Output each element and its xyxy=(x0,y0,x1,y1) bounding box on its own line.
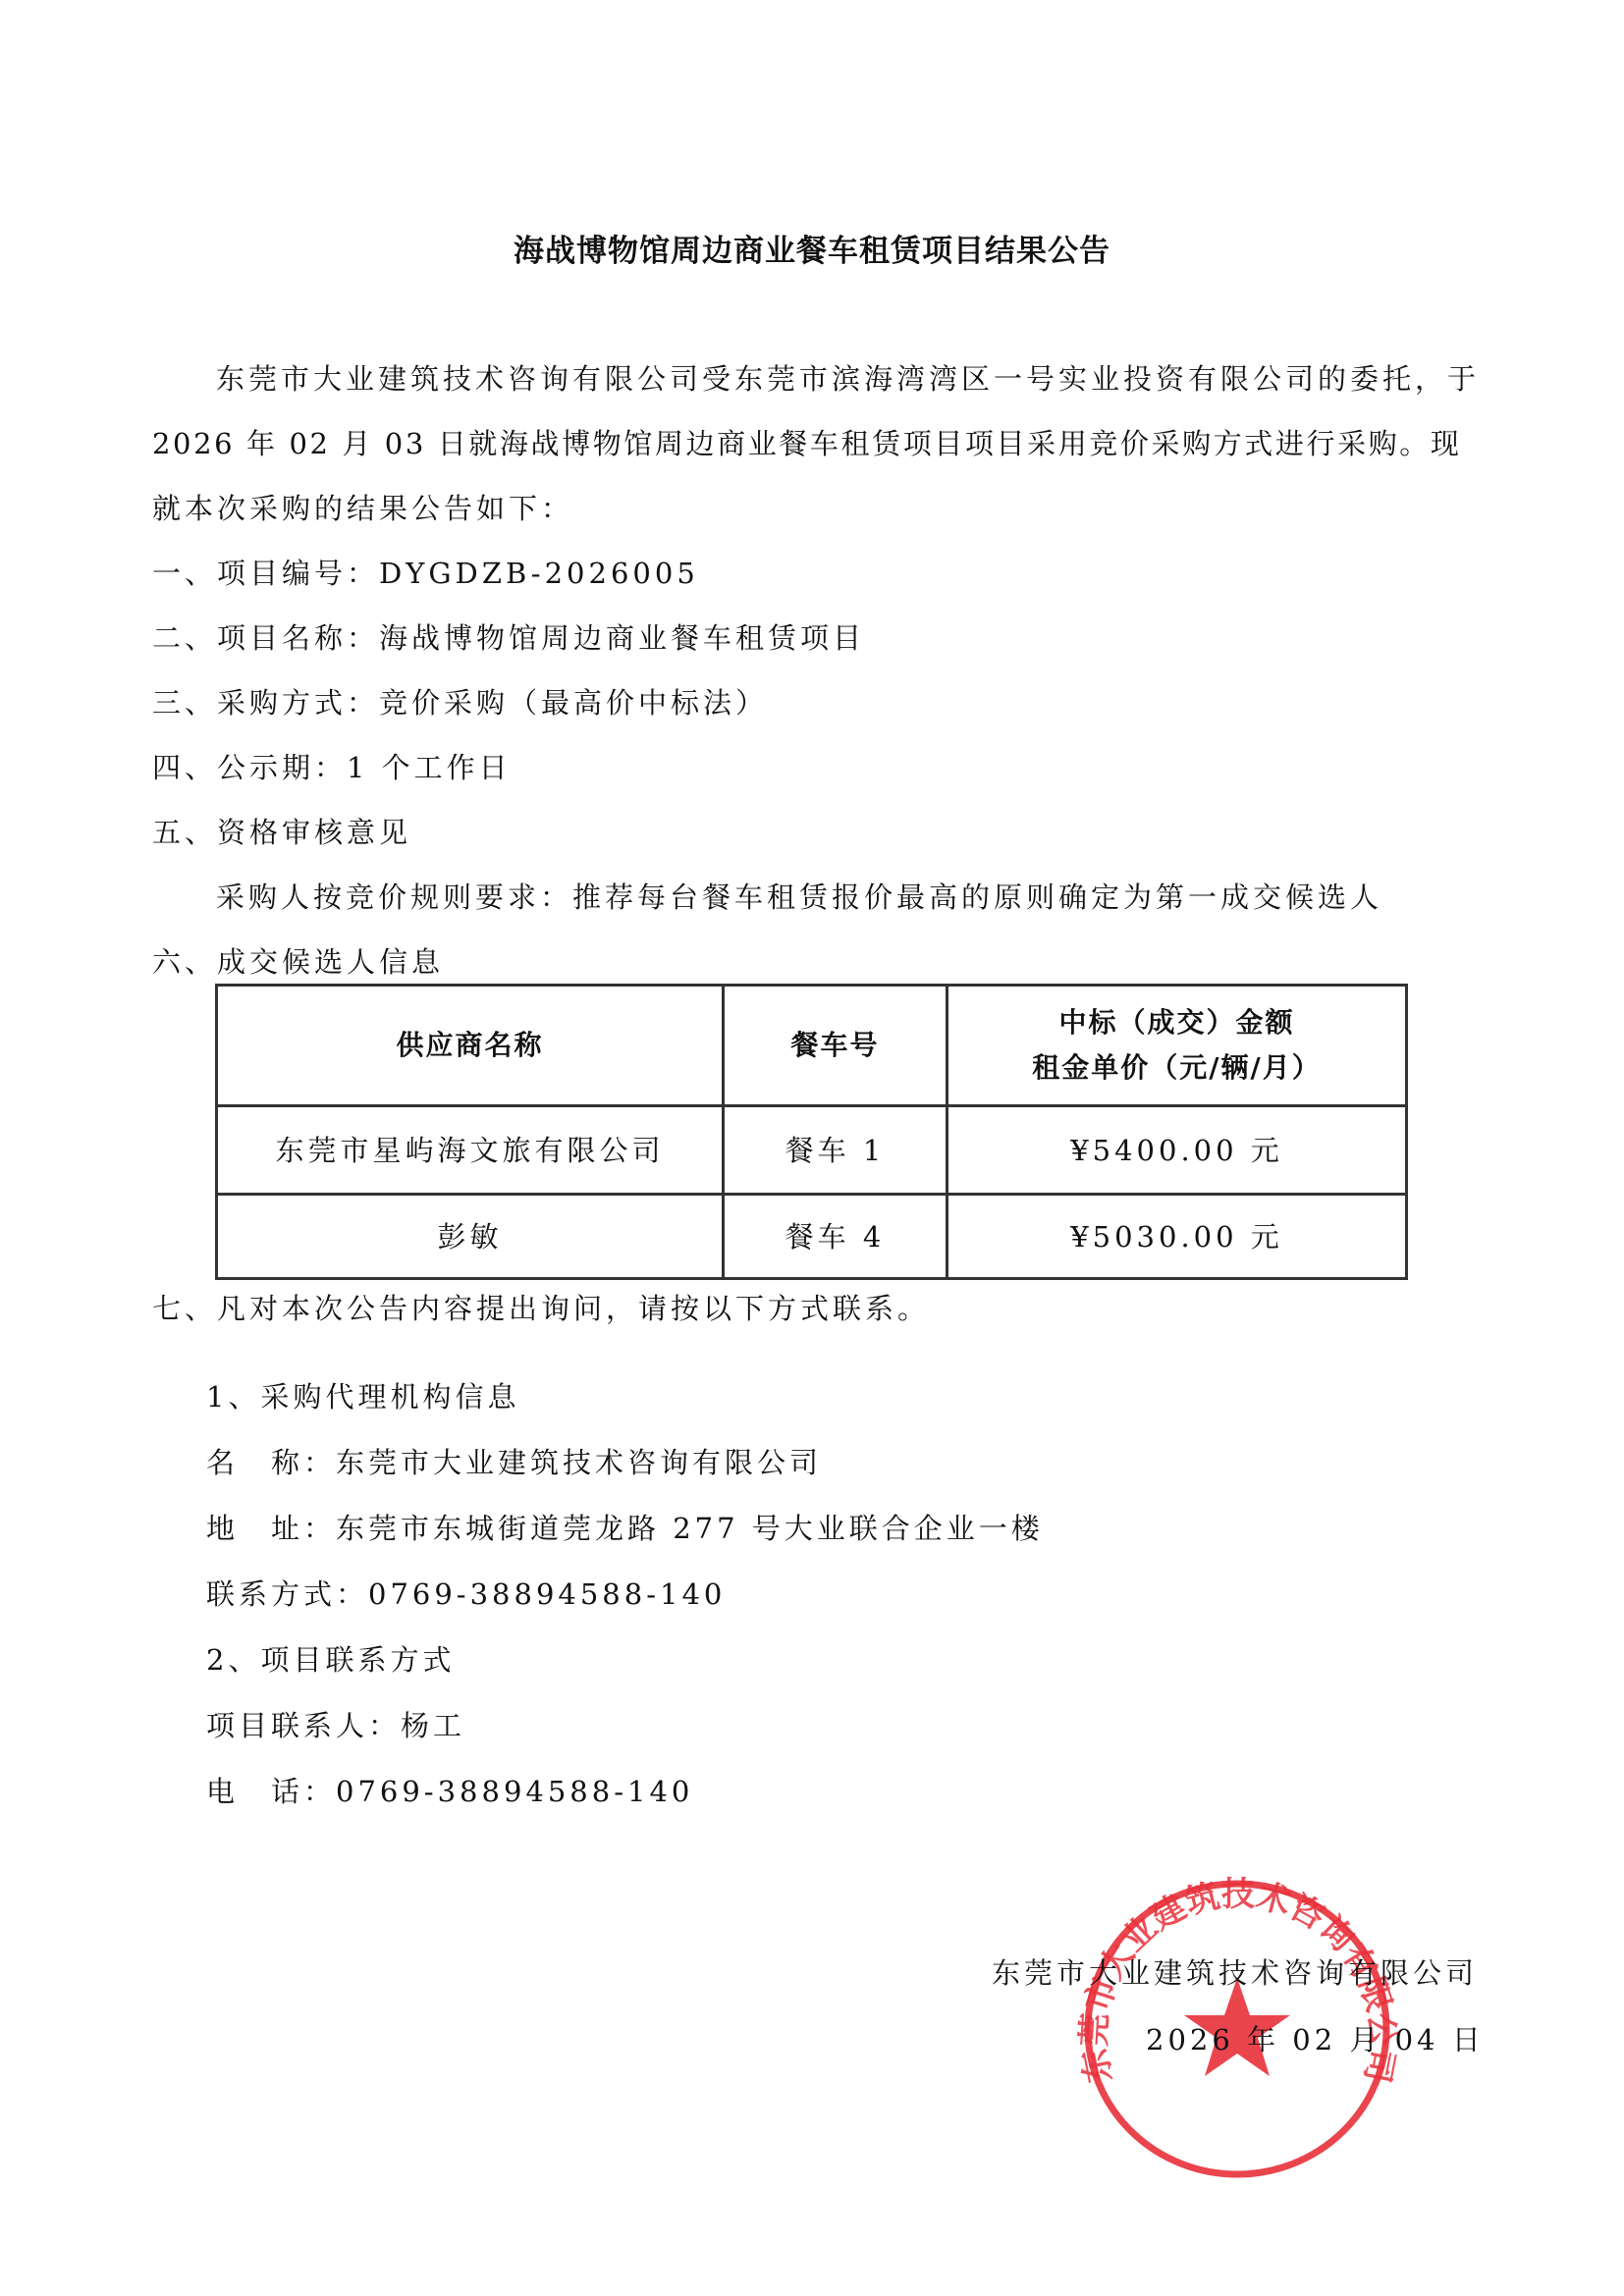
intro-line-3: 就本次采购的结果公告如下： xyxy=(152,489,573,528)
header-amount-line-2: 租金单价（元/辆/月） xyxy=(1032,1045,1321,1091)
table-row-1-amount: ¥5400.00 元 xyxy=(948,1107,1405,1193)
qualification-review-text: 采购人按竞价规则要求：推荐每台餐车租赁报价最高的原则确定为第一成交候选人 xyxy=(216,878,1382,917)
table-row-2-cart-no: 餐车 4 xyxy=(725,1196,946,1277)
section-contact: 七、凡对本次公告内容提出询问，请按以下方式联系。 xyxy=(152,1289,930,1328)
project-contact-heading: 2、项目联系方式 xyxy=(206,1640,455,1680)
intro-line-1: 东莞市大业建筑技术咨询有限公司受东莞市滨海湾湾区一号实业投资有限公司的委托，于 xyxy=(216,359,1480,399)
agency-phone: 联系方式：0769-38894588-140 xyxy=(206,1575,726,1614)
section-candidate-info: 六、成交候选人信息 xyxy=(152,942,444,982)
signature-date: 2026 年 02 月 04 日 xyxy=(1146,2020,1485,2059)
document-title: 海战博物馆周边商业餐车租赁项目结果公告 xyxy=(0,232,1624,271)
section-project-name: 二、项目名称：海战博物馆周边商业餐车租赁项目 xyxy=(152,618,865,658)
header-amount-line-1: 中标（成交）金额 xyxy=(1058,1000,1294,1045)
agency-address: 地 址：东莞市东城街道莞龙路 277 号大业联合企业一楼 xyxy=(206,1509,1044,1548)
project-contact-person: 项目联系人：杨工 xyxy=(206,1706,465,1745)
table-row-1-cart-no: 餐车 1 xyxy=(725,1107,946,1193)
section-procurement-method: 三、采购方式：竞价采购（最高价中标法） xyxy=(152,683,768,722)
header-cart-no: 餐车号 xyxy=(725,987,946,1104)
header-cart-no-label: 餐车号 xyxy=(790,1023,879,1068)
section-qualification-review: 五、资格审核意见 xyxy=(152,813,411,852)
signature-company: 东莞市大业建筑技术咨询有限公司 xyxy=(992,1953,1478,1993)
section-project-number: 一、项目编号：DYGDZB-2026005 xyxy=(152,554,699,593)
header-amount: 中标（成交）金额 租金单价（元/辆/月） xyxy=(948,987,1405,1104)
table-row-2-amount: ¥5030.00 元 xyxy=(948,1196,1405,1277)
header-supplier-label: 供应商名称 xyxy=(396,1023,543,1068)
agency-name: 名 称：东莞市大业建筑技术咨询有限公司 xyxy=(206,1443,822,1482)
header-supplier: 供应商名称 xyxy=(218,987,722,1104)
agency-heading: 1、采购代理机构信息 xyxy=(206,1377,519,1416)
table-row-2-supplier: 彭敏 xyxy=(218,1196,722,1277)
intro-line-2: 2026 年 02 月 03 日就海战博物馆周边商业餐车租赁项目项目采用竞价采购… xyxy=(152,424,1462,463)
candidate-table: 供应商名称 餐车号 中标（成交）金额 租金单价（元/辆/月） 东莞市星屿海文旅有… xyxy=(215,984,1408,1280)
document-page: 海战博物馆周边商业餐车租赁项目结果公告 东莞市大业建筑技术咨询有限公司受东莞市滨… xyxy=(0,0,1624,2296)
table-row-1-supplier: 东莞市星屿海文旅有限公司 xyxy=(218,1107,722,1193)
project-contact-phone: 电 话：0769-38894588-140 xyxy=(206,1772,693,1811)
section-publicity-period: 四、公示期：1 个工作日 xyxy=(152,748,512,787)
